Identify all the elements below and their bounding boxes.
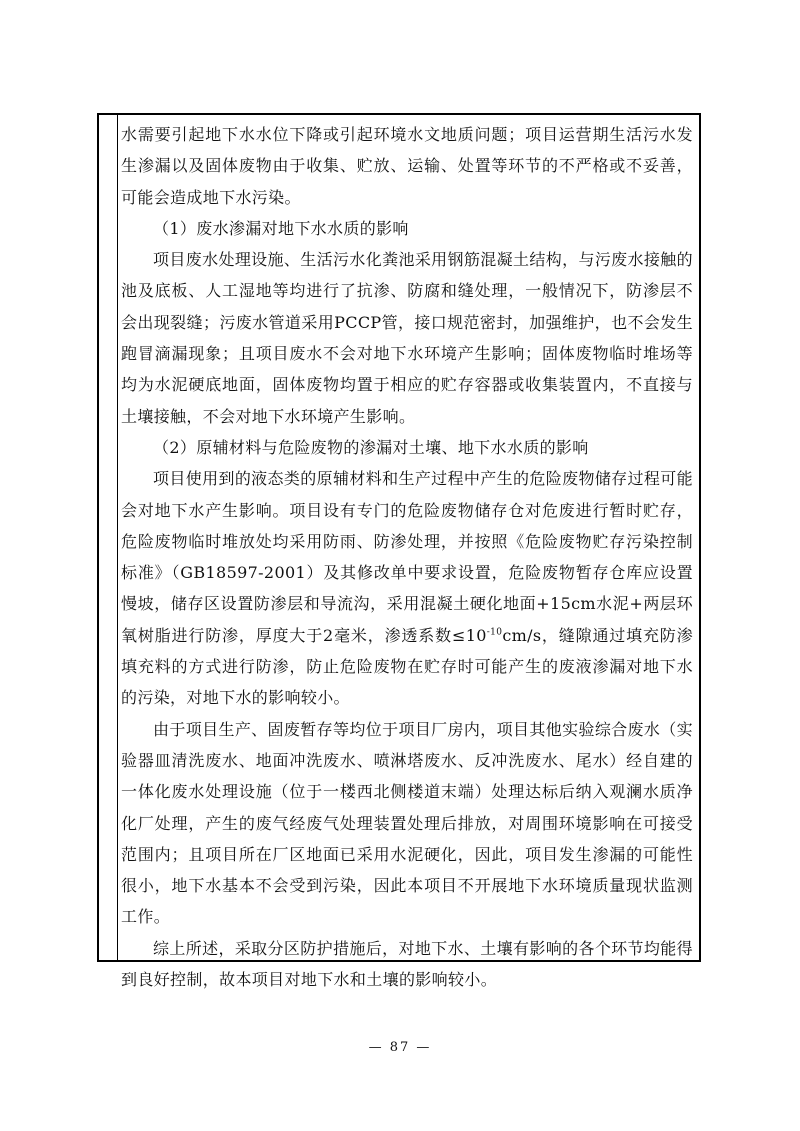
section-heading-2: （2）原辅材料与危险废物的渗漏对土壤、地下水水质的影响 (121, 432, 693, 463)
table-content-cell: 水需要引起地下水水位下降或引起环境水文地质问题；项目运营期生活污水发生渗漏以及固… (121, 119, 693, 995)
content-table: 水需要引起地下水水位下降或引起环境水文地质问题；项目运营期生活污水发生渗漏以及固… (97, 113, 701, 962)
page-number: — 87 — (0, 1040, 800, 1055)
paragraph-production-wastewater: 由于项目生产、固废暂存等均位于项目厂房内，项目其他实验综合废水（实验器皿清洗废水… (121, 714, 693, 933)
paragraph-continuation: 水需要引起地下水水位下降或引起环境水文地质问题；项目运营期生活污水发生渗漏以及固… (121, 119, 693, 213)
paragraph-hazardous-waste: 项目使用到的液态类的原辅材料和生产过程中产生的危险废物储存过程可能会对地下水产生… (121, 463, 693, 713)
permeability-exponent: -10 (487, 627, 503, 637)
paragraph-wastewater-leakage: 项目废水处理设施、生活污水化粪池采用钢筋混凝土结构，与污废水接触的池及底板、人工… (121, 244, 693, 432)
hazardous-text-before: 项目使用到的液态类的原辅材料和生产过程中产生的危险废物储存过程可能会对地下水产生… (121, 469, 693, 644)
section-heading-1: （1）废水渗漏对地下水水质的影响 (121, 213, 693, 244)
paragraph-conclusion: 综上所述，采取分区防护措施后，对地下水、土壤有影响的各个环节均能得到良好控制，故… (121, 933, 693, 996)
table-left-column (99, 115, 118, 960)
